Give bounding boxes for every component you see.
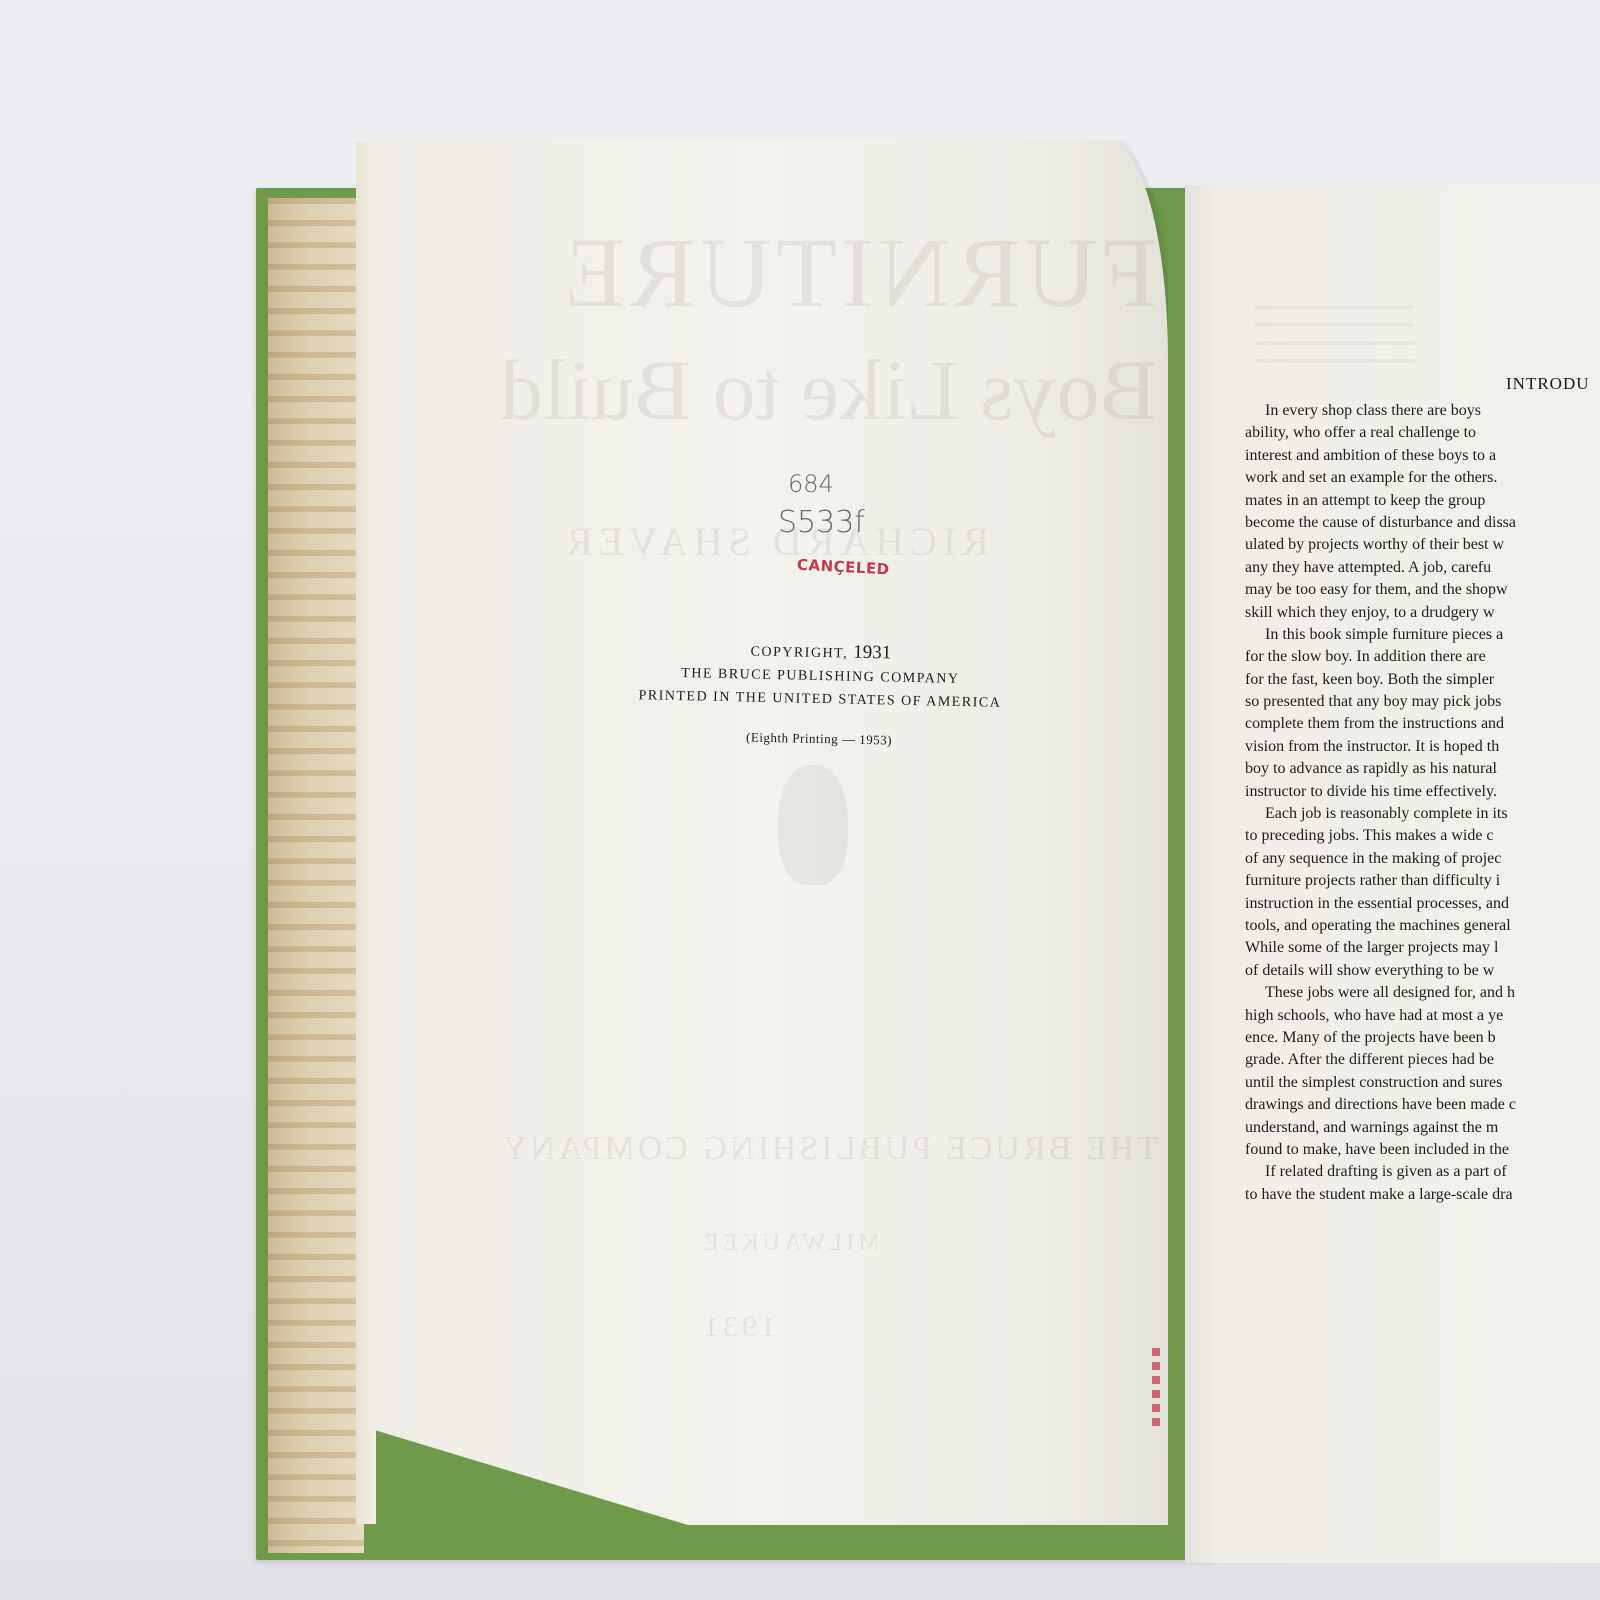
copyright-imprint: COPYRIGHT, 1931 THE BRUCE PUBLISHING COM… — [599, 635, 1041, 754]
text-line: of details will show everything to be w — [1245, 960, 1600, 982]
copyright-year: 1931 — [853, 642, 891, 664]
text-line: tools, and operating the machines genera… — [1245, 915, 1600, 937]
text-line: of any sequence in the making of projec — [1245, 848, 1600, 870]
show-through-publisher: THE BRUCE PUBLISHING COMPANY — [500, 1130, 1158, 1168]
text-line: become the cause of disturbance and diss… — [1245, 512, 1600, 534]
text-line: for the fast, keen boy. Both the simpler — [1245, 669, 1600, 691]
text-line: any they have attempted. A job, carefu — [1245, 557, 1600, 579]
show-through-subtitle: Boys Like to Build — [500, 340, 1157, 440]
text-line: instruction in the essential processes, … — [1245, 893, 1600, 915]
text-line: to preceding jobs. This makes a wide c — [1245, 825, 1600, 847]
text-line: complete them from the instructions and — [1245, 713, 1600, 735]
show-through-title: FURNITURE — [560, 215, 1157, 330]
copyright-label: COPYRIGHT, — [750, 645, 848, 662]
text-line: for the slow boy. In addition there are — [1245, 646, 1600, 668]
text-line: interest and ambition of these boys to a — [1245, 445, 1600, 467]
text-line: In this book simple furniture pieces a — [1245, 624, 1600, 646]
text-line: If related drafting is given as a part o… — [1245, 1161, 1600, 1183]
show-through-year: 1931 — [700, 1310, 776, 1344]
text-line: While some of the larger projects may l — [1245, 937, 1600, 959]
show-through-emblem-icon — [778, 765, 848, 885]
text-line: furniture projects rather than difficult… — [1245, 870, 1600, 892]
introduction-heading: INTRODU — [1506, 374, 1590, 394]
text-line: drawings and directions have been made c — [1245, 1094, 1600, 1116]
text-line: so presented that any boy may pick jobs — [1245, 691, 1600, 713]
text-line: may be too easy for them, and the shopw — [1245, 579, 1600, 601]
text-line: In every shop class there are boys — [1245, 400, 1600, 422]
text-line: vision from the instructor. It is hoped … — [1245, 736, 1600, 758]
text-line: These jobs were all designed for, and h — [1245, 982, 1600, 1004]
call-number-class: 684 — [788, 470, 834, 498]
text-line: found to make, have been included in the — [1245, 1139, 1600, 1161]
text-line: boy to advance as rapidly as his natural — [1245, 758, 1600, 780]
endpaper-foxed — [268, 198, 364, 1553]
text-line: mates in an attempt to keep the group — [1245, 490, 1600, 512]
text-line: skill which they enjoy, to a drudgery w — [1245, 602, 1600, 624]
show-through-lines — [1255, 305, 1415, 377]
text-line: ulated by projects worthy of their best … — [1245, 534, 1600, 556]
text-line: instructor to divide his time effectivel… — [1245, 781, 1600, 803]
page-edge-stamp — [1152, 1348, 1160, 1428]
text-line: high schools, who have had at most a ye — [1245, 1005, 1600, 1027]
text-line: until the simplest construction and sure… — [1245, 1072, 1600, 1094]
show-through-city: MILWAUKEE — [700, 1230, 880, 1257]
text-line: grade. After the different pieces had be — [1245, 1049, 1600, 1071]
text-line: ence. Many of the projects have been b — [1245, 1027, 1600, 1049]
text-line: work and set an example for the others. — [1245, 467, 1600, 489]
call-number-cutter: S533f — [778, 505, 865, 540]
text-line: understand, and warnings against the m — [1245, 1117, 1600, 1139]
text-line: ability, who offer a real challenge to — [1245, 422, 1600, 444]
text-line: Each job is reasonably complete in its — [1245, 803, 1600, 825]
show-through-author: RICHARD SHAVER — [560, 518, 989, 565]
introduction-body: In every shop class there are boysabilit… — [1245, 400, 1600, 1206]
text-line: to have the student make a large-scale d… — [1245, 1184, 1600, 1206]
